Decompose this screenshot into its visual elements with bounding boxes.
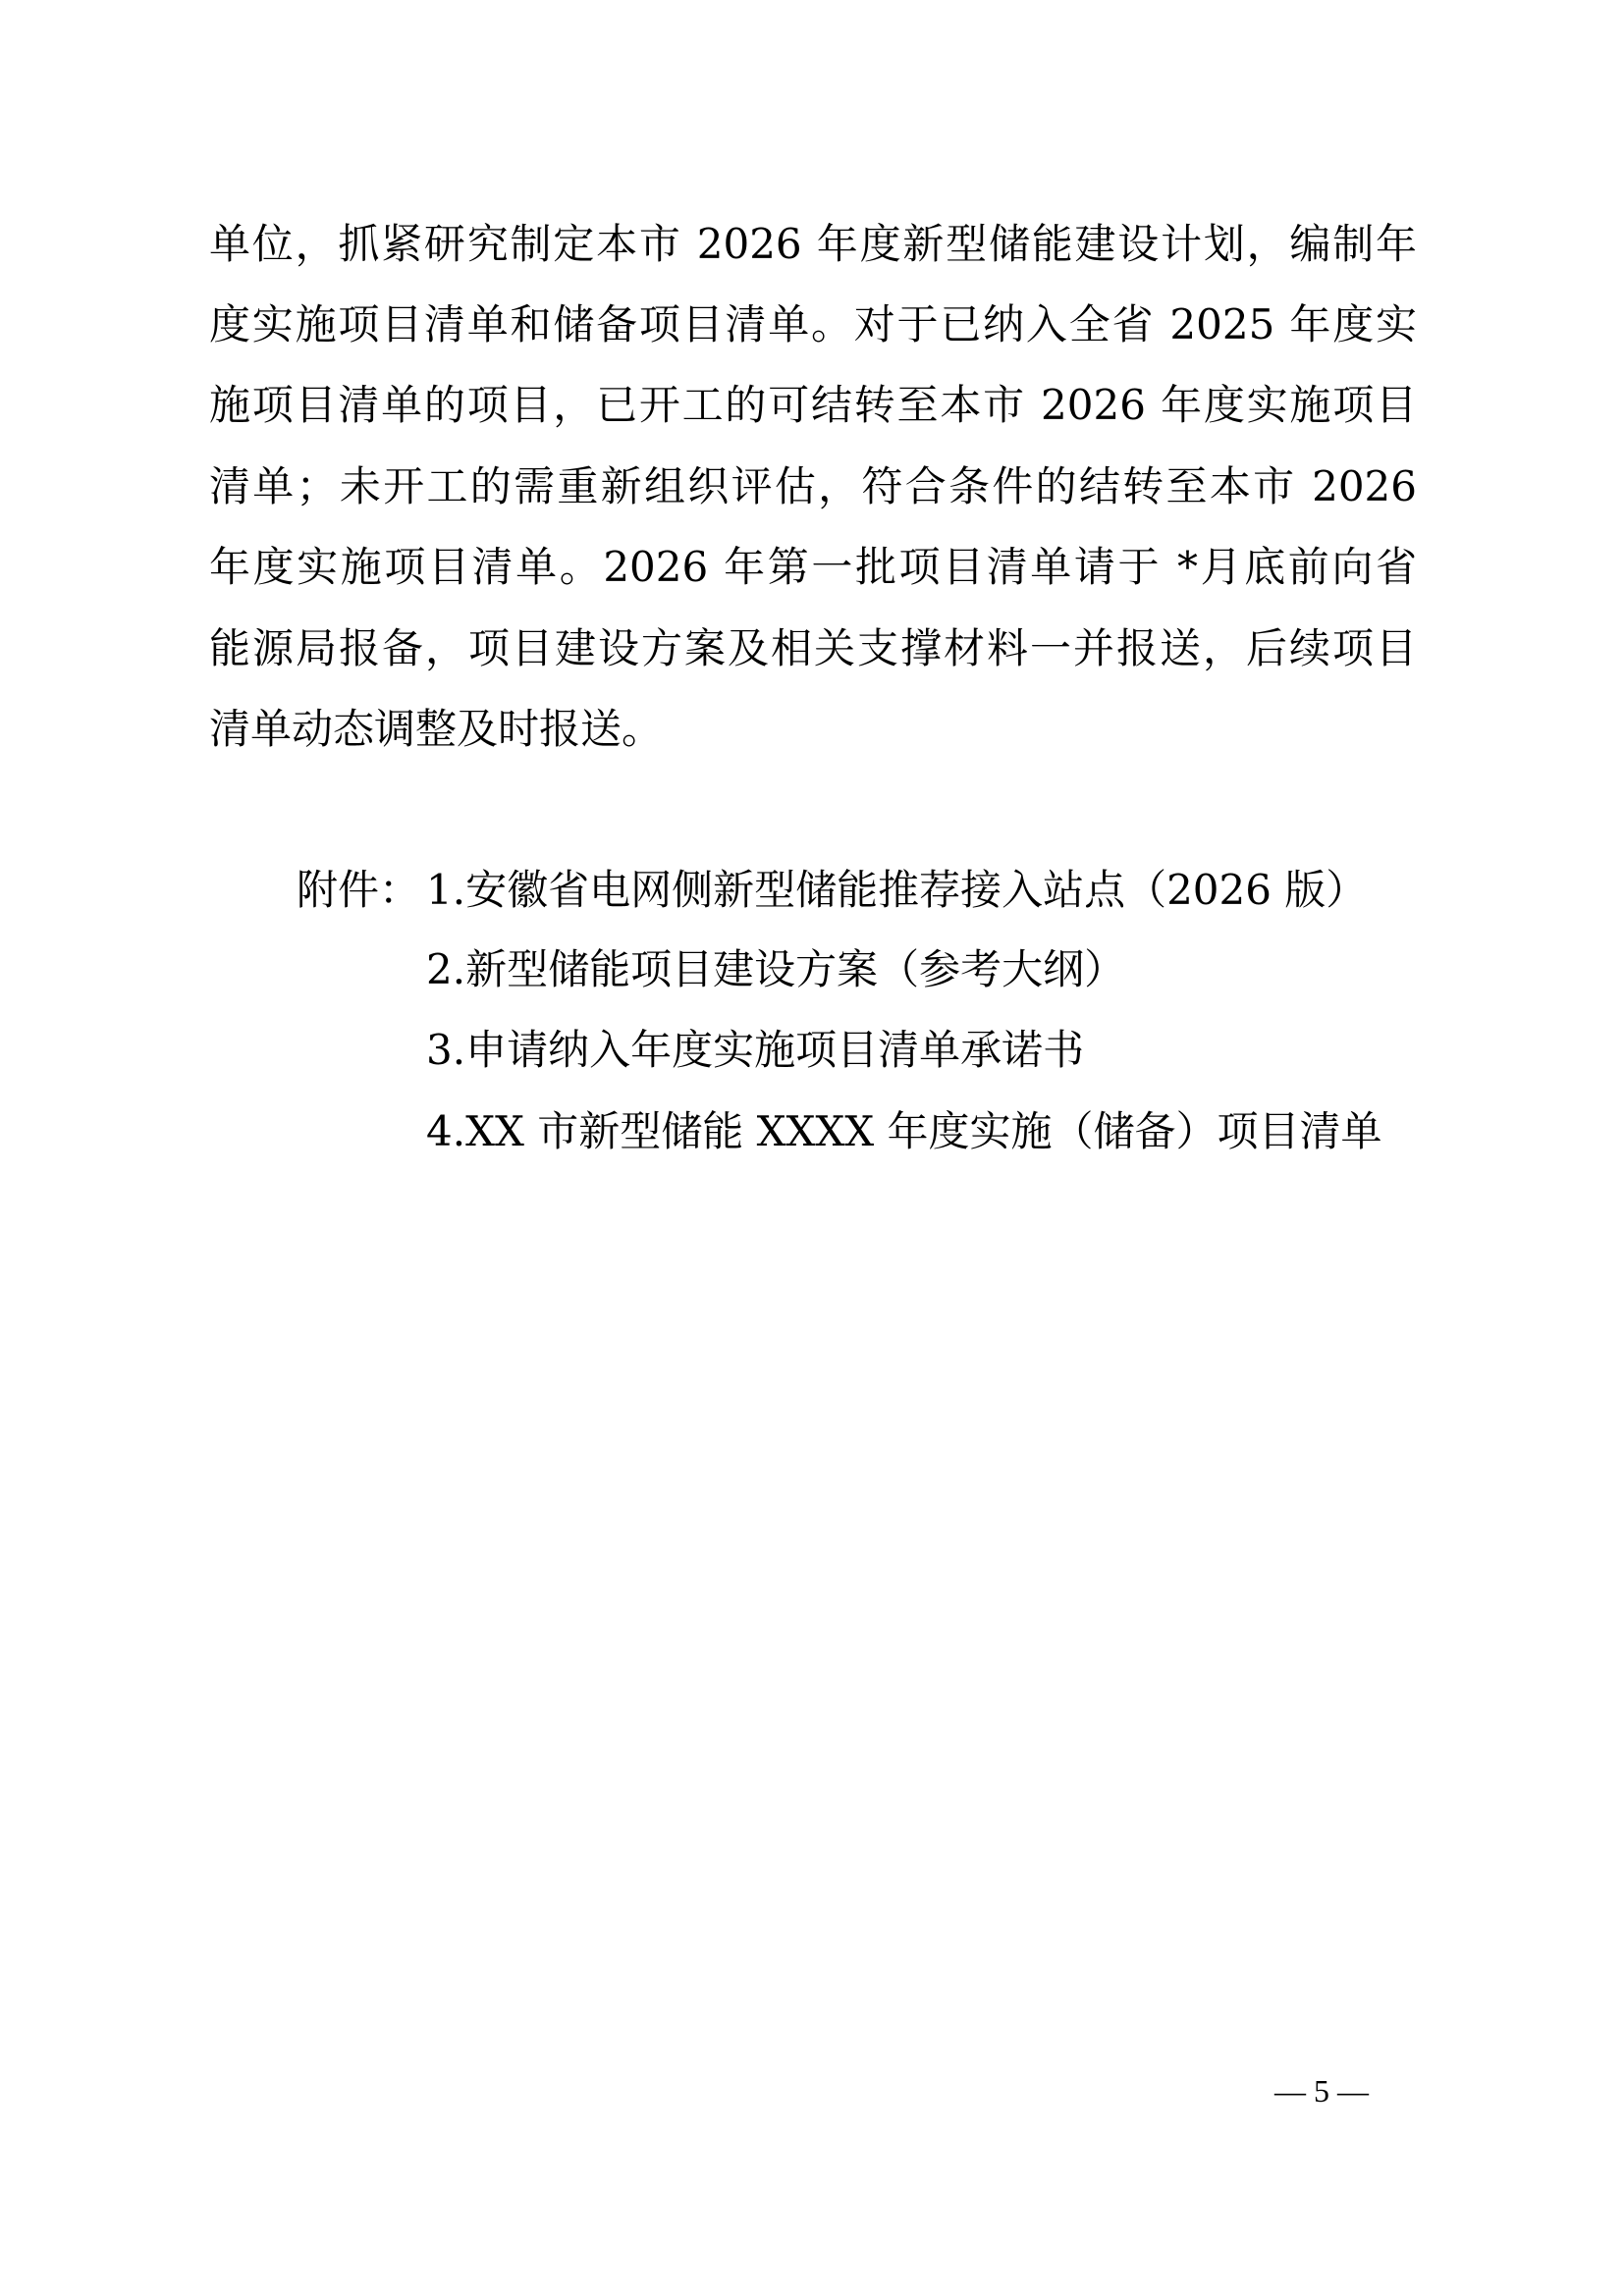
paragraph-line: 单位，抓紧研究制定本市 2026 年度新型储能建设计划，编制年 xyxy=(209,220,1417,269)
paragraph-line: 清单动态调整及时报送。 xyxy=(209,705,1417,754)
page-number: — 5 — xyxy=(1253,2069,1390,2112)
attachment-item: 4.XX 市新型储能 XXXX 年度实施（储备）项目清单 xyxy=(426,1107,1382,1156)
paragraph-line: 施项目清单的项目，已开工的可结转至本市 2026 年度实施项目 xyxy=(209,381,1417,430)
paragraph-line: 年度实施项目清单。2026 年第一批项目清单请于 *月底前向省 xyxy=(209,543,1417,592)
document-page: 单位，抓紧研究制定本市 2026 年度新型储能建设计划，编制年 度实施项目清单和… xyxy=(0,0,1624,2296)
paragraph-line: 能源局报备，项目建设方案及相关支撑材料一并报送，后续项目 xyxy=(209,624,1417,673)
attachment-item: 1.安徽省电网侧新型储能推荐接入站点（2026 版） xyxy=(426,866,1367,915)
attachment-item: 3.申请纳入年度实施项目清单承诺书 xyxy=(426,1026,1084,1075)
paragraph-line: 度实施项目清单和储备项目清单。对于已纳入全省 2025 年度实 xyxy=(209,300,1417,349)
attachment-item: 2.新型储能项目建设方案（参考大纲） xyxy=(426,945,1125,994)
paragraph-line: 清单；未开工的需重新组织评估，符合条件的结转至本市 2026 xyxy=(209,462,1417,511)
attachments-label: 附件： xyxy=(297,866,420,915)
